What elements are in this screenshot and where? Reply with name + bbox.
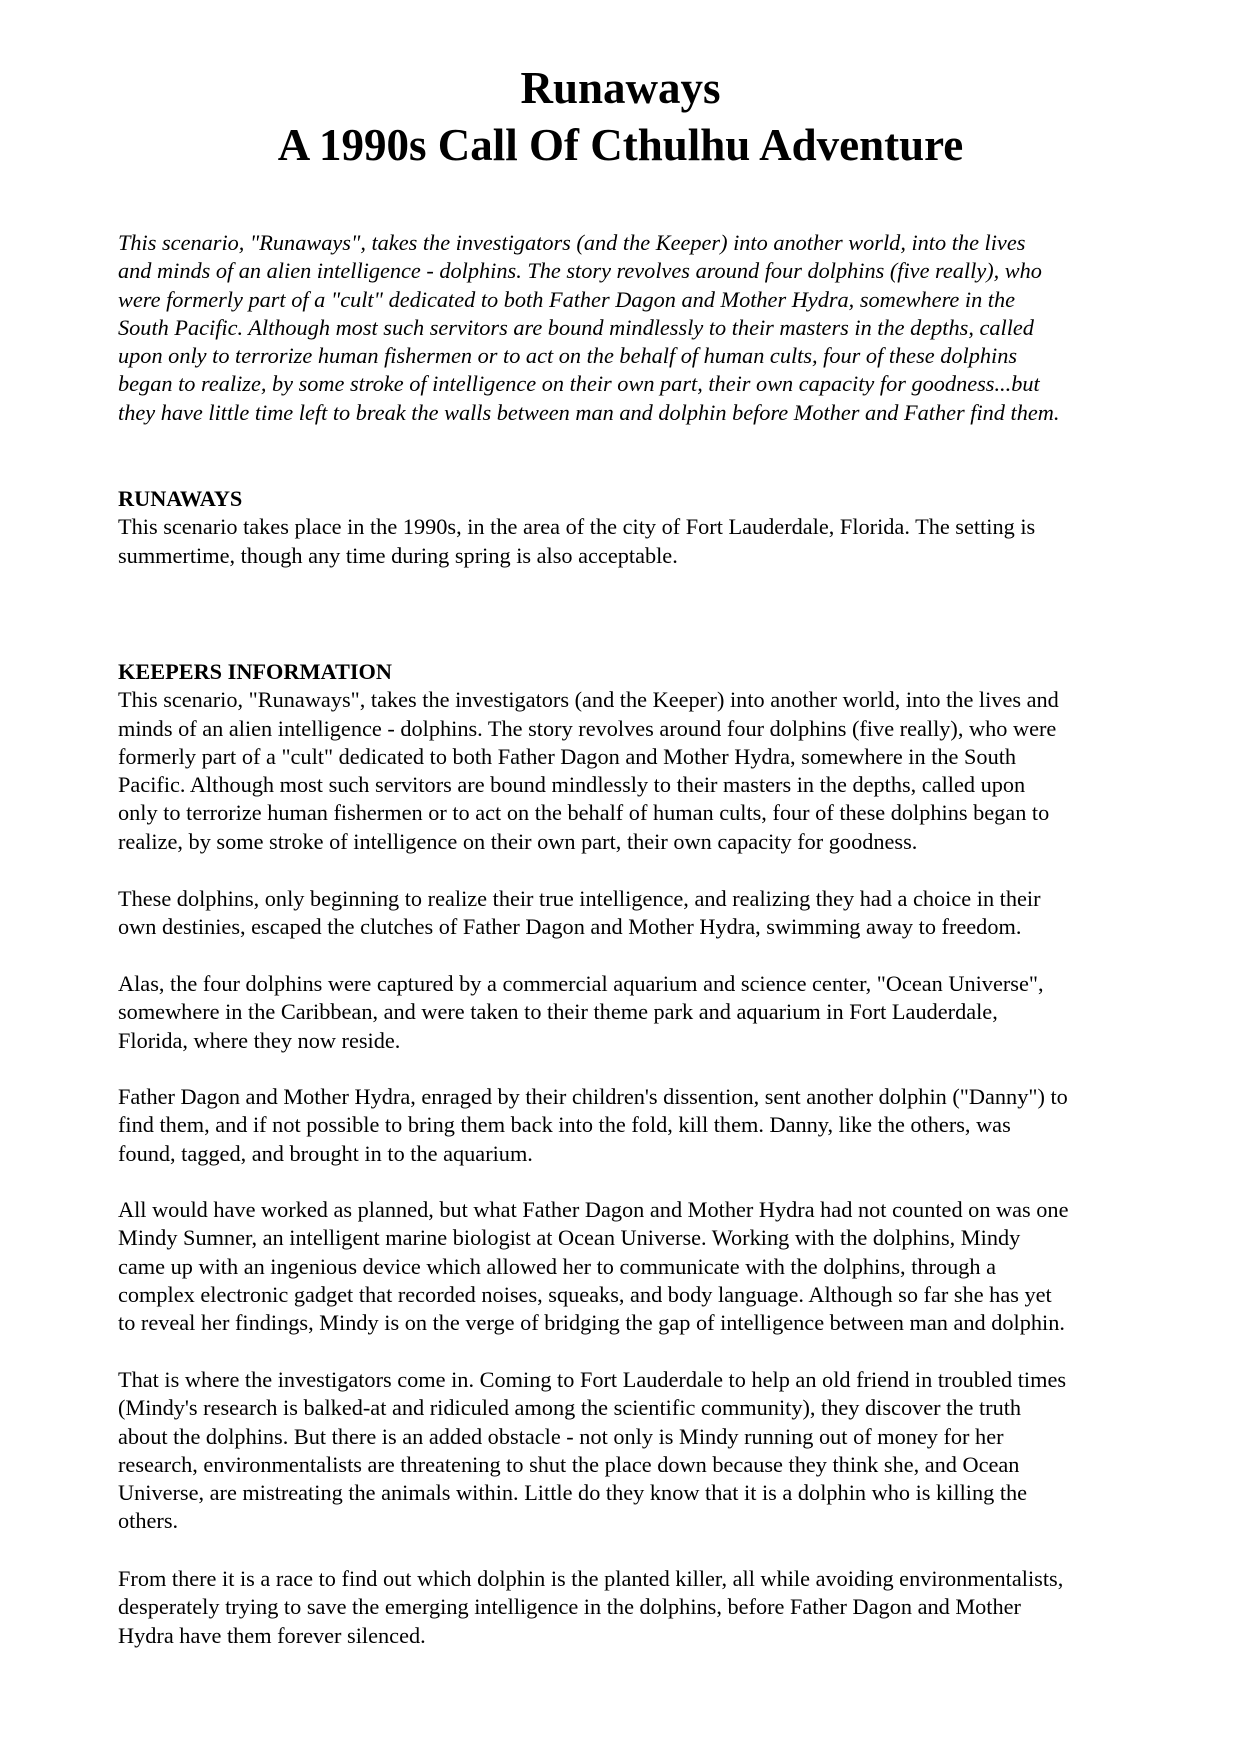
paragraph-line: research, environmentalists are threaten… (118, 1451, 1198, 1479)
paragraph-line: Father Dagon and Mother Hydra, enraged b… (118, 1083, 1198, 1111)
paragraph-line: These dolphins, only beginning to realiz… (118, 885, 1198, 913)
paragraph-line: Pacific. Although most such servitors ar… (118, 771, 1198, 799)
paragraph-line: Florida, where they now reside. (118, 1027, 1198, 1055)
document-subtitle: A 1990s Call Of Cthulhu Adventure (0, 117, 1241, 174)
paragraph-line: own destinies, escaped the clutches of F… (118, 913, 1198, 941)
section-heading: RUNAWAYS (118, 485, 1198, 513)
paragraph-line: came up with an ingenious device which a… (118, 1253, 1198, 1281)
paragraph-line: complex electronic gadget that recorded … (118, 1281, 1198, 1309)
paragraph-line: to reveal her findings, Mindy is on the … (118, 1309, 1198, 1337)
intro-line: South Pacific. Although most such servit… (118, 314, 1198, 342)
paragraph-race: From there it is a race to find out whic… (118, 1565, 1198, 1650)
paragraph-investigators: That is where the investigators come in.… (118, 1366, 1198, 1536)
paragraph-line: others. (118, 1507, 1198, 1535)
paragraph-line: summertime, though any time during sprin… (118, 542, 1198, 570)
paragraph-captured: Alas, the four dolphins were captured by… (118, 970, 1198, 1055)
paragraph-line: This scenario, "Runaways", takes the inv… (118, 686, 1198, 714)
intro-paragraph: This scenario, "Runaways", takes the inv… (118, 229, 1198, 427)
intro-line: they have little time left to break the … (118, 399, 1198, 427)
section-heading: KEEPERS INFORMATION (118, 658, 1198, 686)
section-runaways: RUNAWAYS This scenario takes place in th… (118, 485, 1198, 570)
paragraph-line: found, tagged, and brought in to the aqu… (118, 1140, 1198, 1168)
paragraph-line: about the dolphins. But there is an adde… (118, 1423, 1198, 1451)
paragraph-line: From there it is a race to find out whic… (118, 1565, 1198, 1593)
paragraph-line: Hydra have them forever silenced. (118, 1622, 1198, 1650)
paragraph-line: realize, by some stroke of intelligence … (118, 828, 1198, 856)
paragraph-line: Mindy Sumner, an intelligent marine biol… (118, 1224, 1198, 1252)
paragraph-mindy: All would have worked as planned, but wh… (118, 1196, 1198, 1337)
paragraph-line: Universe, are mistreating the animals wi… (118, 1479, 1198, 1507)
paragraph-line: find them, and if not possible to bring … (118, 1111, 1198, 1139)
paragraph-line: desperately trying to save the emerging … (118, 1593, 1198, 1621)
paragraph-danny: Father Dagon and Mother Hydra, enraged b… (118, 1083, 1198, 1168)
paragraph-line: formerly part of a "cult" dedicated to b… (118, 743, 1198, 771)
paragraph-line: This scenario takes place in the 1990s, … (118, 513, 1198, 541)
paragraph-line: minds of an alien intelligence - dolphin… (118, 715, 1198, 743)
intro-line: This scenario, "Runaways", takes the inv… (118, 229, 1198, 257)
intro-line: and minds of an alien intelligence - dol… (118, 257, 1198, 285)
paragraph-line: All would have worked as planned, but wh… (118, 1196, 1198, 1224)
paragraph-line: somewhere in the Caribbean, and were tak… (118, 998, 1198, 1026)
intro-line: began to realize, by some stroke of inte… (118, 370, 1198, 398)
paragraph-dolphins-escape: These dolphins, only beginning to realiz… (118, 885, 1198, 942)
intro-line: upon only to terrorize human fishermen o… (118, 342, 1198, 370)
section-keepers-information: KEEPERS INFORMATION This scenario, "Runa… (118, 658, 1198, 856)
document-title: Runaways (0, 60, 1241, 117)
intro-line: were formerly part of a "cult" dedicated… (118, 286, 1198, 314)
paragraph-line: (Mindy's research is balked-at and ridic… (118, 1394, 1198, 1422)
paragraph-line: That is where the investigators come in.… (118, 1366, 1198, 1394)
paragraph-line: only to terrorize human fishermen or to … (118, 799, 1198, 827)
paragraph-line: Alas, the four dolphins were captured by… (118, 970, 1198, 998)
